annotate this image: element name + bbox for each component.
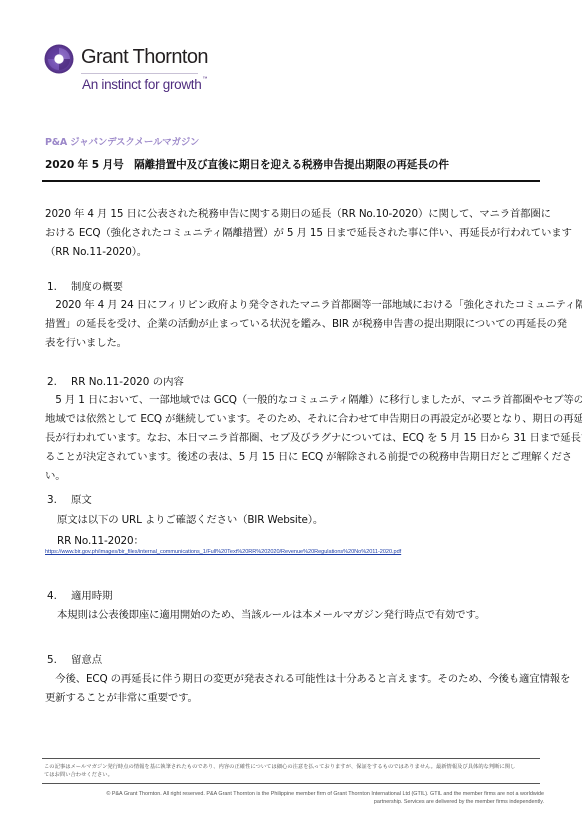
section-body-overview: 2020 年 4 月 24 日にフィリピン政府より発令されたマニラ首都圏等一部地…	[45, 296, 545, 353]
body-line: 今後、ECQ の再延長に伴う期日の変更が発表される可能性は十分あると言えます。そ…	[45, 670, 545, 689]
intro-line: おける ECQ（強化されたコミュニティ隔離措置）が 5 月 15 日まで延長され…	[45, 224, 545, 243]
title-divider	[42, 180, 540, 182]
section-title: 適用時期	[71, 590, 113, 602]
copyright-line: partnership. Services are delivered by t…	[44, 799, 544, 807]
body-line: 更新することが非常に重要です。	[45, 689, 545, 708]
body-line: 措置」の延長を受け、企業の活動が止まっている状況を鑑み、BIR が税務申告書の提…	[45, 315, 545, 334]
grant-thornton-logo: Grant Thornton An instinct for growth™	[44, 42, 214, 98]
body-line: い。	[45, 467, 545, 486]
section-number: 1.	[47, 281, 71, 293]
section-body-effective-date: 本規則は公表後即座に適用開始のため、当該ルールは本メールマガジン発行時点で有効で…	[45, 606, 545, 625]
footer-divider-top	[42, 758, 540, 759]
copyright-line: © P&A Grant Thornton. All right reserved…	[44, 791, 544, 799]
magazine-name: P&A ジャパンデスクメールマガジン	[45, 134, 199, 148]
trademark-symbol: ™	[202, 76, 207, 82]
section-heading-notes: 5.留意点	[47, 651, 102, 666]
section-heading-contents: 2.RR No.11-2020 の内容	[47, 373, 184, 388]
footer-divider-bottom	[42, 783, 540, 784]
section-number: 2.	[47, 376, 71, 388]
body-line: 長が行われています。なお、本日マニラ首都圏、セブ及びラグナについては、ECQ を…	[45, 429, 545, 448]
section-title: RR No.11-2020 の内容	[71, 376, 184, 388]
section-number: 4.	[47, 590, 71, 602]
body-line: 原文は以下の URL よりご確認ください（BIR Website）。	[45, 510, 545, 531]
brand-tagline: An instinct for growth™	[82, 77, 207, 92]
disclaimer-text: この記事はメールマガジン発行時点の情報を基に執筆されたものであり、内容の正確性に…	[44, 763, 544, 779]
intro-line: （RR No.11-2020）。	[45, 243, 545, 262]
body-line: 本規則は公表後即座に適用開始のため、当該ルールは本メールマガジン発行時点で有効で…	[45, 606, 545, 625]
body-line: 表を行いました。	[45, 334, 545, 353]
bir-regulation-link[interactable]: https://www.bir.gov.ph/images/bir_files/…	[45, 549, 401, 555]
body-line: 5 月 1 日において、一部地域では GCQ（一般的なコミュニティ隔離）に移行し…	[45, 391, 545, 410]
section-body-contents: 5 月 1 日において、一部地域では GCQ（一般的なコミュニティ隔離）に移行し…	[45, 391, 545, 486]
section-title: 原文	[71, 494, 92, 506]
disclaimer-line: てはお問い合わせください。	[44, 771, 544, 779]
section-number: 5.	[47, 654, 71, 666]
intro-paragraph: 2020 年 4 月 15 日に公表された税務申告に関する期日の延長（RR No…	[45, 205, 545, 262]
grant-thornton-swirl-logo-icon	[44, 44, 74, 74]
intro-line: 2020 年 4 月 15 日に公表された税務申告に関する期日の延長（RR No…	[45, 205, 545, 224]
brand-name: Grant Thornton	[81, 46, 208, 69]
page-title: 2020 年 5 月号 隔離措置中及び直後に期日を迎える税務申告提出期限の再延長…	[45, 157, 449, 172]
section-heading-effective-date: 4.適用時期	[47, 587, 113, 602]
logo-divider	[81, 73, 198, 74]
section-number: 3.	[47, 494, 71, 506]
disclaimer-line: この記事はメールマガジン発行時点の情報を基に執筆されたものであり、内容の正確性に…	[44, 763, 544, 771]
section-title: 制度の概要	[71, 281, 123, 293]
body-line: ることが決定されています。後述の表は、5 月 15 日に ECQ が解除される前…	[45, 448, 545, 467]
body-line: 2020 年 4 月 24 日にフィリピン政府より発令されたマニラ首都圏等一部地…	[45, 296, 545, 315]
section-title: 留意点	[71, 654, 102, 666]
section-heading-original-text: 3.原文	[47, 491, 92, 506]
section-body-original-text: 原文は以下の URL よりご確認ください（BIR Website）。 RR No…	[45, 510, 545, 552]
section-heading-overview: 1.制度の概要	[47, 278, 123, 293]
body-line: 地域では依然として ECQ が継続しています。そのため、それに合わせて申告期日の…	[45, 410, 545, 429]
section-body-notes: 今後、ECQ の再延長に伴う期日の変更が発表される可能性は十分あると言えます。そ…	[45, 670, 545, 708]
copyright-text: © P&A Grant Thornton. All right reserved…	[44, 791, 544, 806]
